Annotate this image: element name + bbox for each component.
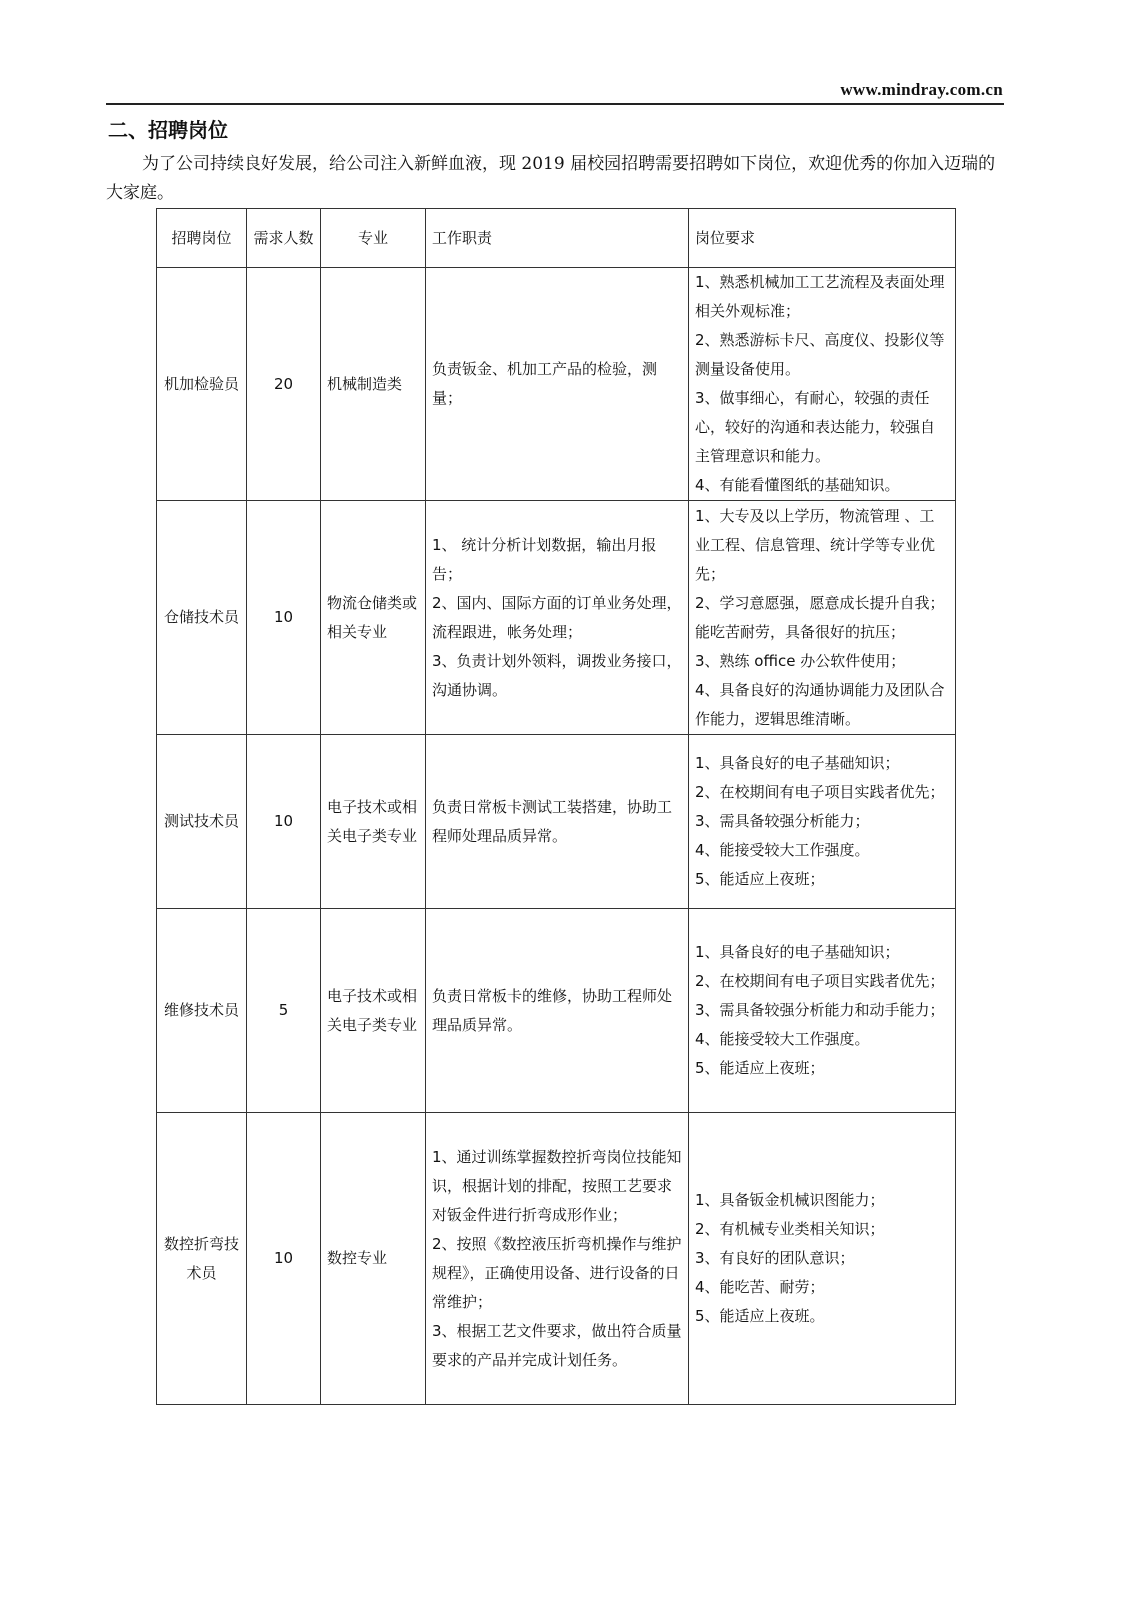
- duty-item: 负责钣金、机加工产品的检验，测量；: [432, 355, 682, 413]
- cell-count: 5: [247, 909, 321, 1113]
- requirement-item: 5、能适应上夜班；: [695, 1054, 949, 1083]
- cell-major: 电子技术或相关电子类专业: [321, 735, 426, 909]
- requirement-item: 4、有能看懂图纸的基础知识。: [695, 471, 949, 500]
- requirement-item: 3、做事细心，有耐心，较强的责任心，较好的沟通和表达能力，较强自主管理意识和能力…: [695, 384, 949, 471]
- requirement-item: 1、熟悉机械加工工艺流程及表面处理相关外观标准；: [695, 268, 949, 326]
- requirement-item: 5、能适应上夜班。: [695, 1302, 949, 1331]
- cell-requirements: 1、具备钣金机械识图能力；2、有机械专业类相关知识；3、有良好的团队意识；4、能…: [689, 1113, 956, 1405]
- table-row: 维修技术员5电子技术或相关电子类专业负责日常板卡的维修，协助工程师处理品质异常。…: [157, 909, 956, 1113]
- duty-item: 负责日常板卡的维修，协助工程师处理品质异常。: [432, 982, 682, 1040]
- table-row: 测试技术员10电子技术或相关电子类专业负责日常板卡测试工装搭建，协助工程师处理品…: [157, 735, 956, 909]
- cell-requirements: 1、熟悉机械加工工艺流程及表面处理相关外观标准；2、熟悉游标卡尺、高度仪、投影仪…: [689, 268, 956, 501]
- cell-major: 机械制造类: [321, 268, 426, 501]
- table-row: 数控折弯技术员10数控专业1、通过训练掌握数控折弯岗位技能知识，根据计划的排配，…: [157, 1113, 956, 1405]
- section-title: 二、招聘岗位: [108, 114, 228, 143]
- requirement-item: 3、熟练 office 办公软件使用；: [695, 647, 949, 676]
- header-duties: 工作职责: [426, 209, 689, 268]
- cell-duties: 1、 统计分析计划数据，输出月报告；2、国内、国际方面的订单业务处理，流程跟进，…: [426, 501, 689, 735]
- requirement-item: 1、大专及以上学历，物流管理 、工业工程、信息管理、统计学等专业优先；: [695, 502, 949, 589]
- cell-count: 10: [247, 735, 321, 909]
- intro-paragraph: 为了公司持续良好发展，给公司注入新鲜血液，现 2019 届校园招聘需要招聘如下岗…: [106, 150, 1006, 208]
- cell-position: 机加检验员: [157, 268, 247, 501]
- requirement-item: 3、有良好的团队意识；: [695, 1244, 949, 1273]
- cell-count: 10: [247, 1113, 321, 1405]
- table-header-row: 招聘岗位 需求人数 专业 工作职责 岗位要求: [157, 209, 956, 268]
- requirement-item: 2、熟悉游标卡尺、高度仪、投影仪等测量设备使用。: [695, 326, 949, 384]
- requirement-item: 2、学习意愿强，愿意成长提升自我；能吃苦耐劳，具备很好的抗压；: [695, 589, 949, 647]
- requirement-item: 1、具备钣金机械识图能力；: [695, 1186, 949, 1215]
- requirement-item: 4、能接受较大工作强度。: [695, 1025, 949, 1054]
- cell-requirements: 1、具备良好的电子基础知识；2、在校期间有电子项目实践者优先；3、需具备较强分析…: [689, 909, 956, 1113]
- header-count: 需求人数: [247, 209, 321, 268]
- requirement-item: 2、在校期间有电子项目实践者优先；: [695, 967, 949, 996]
- cell-major: 物流仓储类或相关专业: [321, 501, 426, 735]
- site-url: www.mindray.com.cn: [840, 80, 1003, 100]
- cell-requirements: 1、具备良好的电子基础知识；2、在校期间有电子项目实践者优先；3、需具备较强分析…: [689, 735, 956, 909]
- cell-requirements: 1、大专及以上学历，物流管理 、工业工程、信息管理、统计学等专业优先；2、学习意…: [689, 501, 956, 735]
- duty-item: 3、根据工艺文件要求，做出符合质量要求的产品并完成计划任务。: [432, 1317, 682, 1375]
- duty-item: 2、国内、国际方面的订单业务处理，流程跟进，帐务处理；: [432, 589, 682, 647]
- positions-table: 招聘岗位 需求人数 专业 工作职责 岗位要求 机加检验员20机械制造类负责钣金、…: [156, 208, 956, 1405]
- duty-item: 2、按照《数控液压折弯机操作与维护规程》，正确使用设备、进行设备的日常维护；: [432, 1230, 682, 1317]
- cell-count: 20: [247, 268, 321, 501]
- requirement-item: 3、需具备较强分析能力和动手能力；: [695, 996, 949, 1025]
- duty-item: 3、负责计划外领料，调拨业务接口，沟通协调。: [432, 647, 682, 705]
- cell-major: 数控专业: [321, 1113, 426, 1405]
- requirement-item: 3、需具备较强分析能力；: [695, 807, 949, 836]
- cell-duties: 1、通过训练掌握数控折弯岗位技能知识，根据计划的排配，按照工艺要求对钣金件进行折…: [426, 1113, 689, 1405]
- header-divider: [106, 103, 1004, 105]
- requirement-item: 4、能吃苦、耐劳；: [695, 1273, 949, 1302]
- requirement-item: 1、具备良好的电子基础知识；: [695, 938, 949, 967]
- duty-item: 1、 统计分析计划数据，输出月报告；: [432, 531, 682, 589]
- table-row: 机加检验员20机械制造类负责钣金、机加工产品的检验，测量；1、熟悉机械加工工艺流…: [157, 268, 956, 501]
- cell-position: 测试技术员: [157, 735, 247, 909]
- duty-item: 负责日常板卡测试工装搭建，协助工程师处理品质异常。: [432, 793, 682, 851]
- cell-duties: 负责日常板卡测试工装搭建，协助工程师处理品质异常。: [426, 735, 689, 909]
- cell-position: 维修技术员: [157, 909, 247, 1113]
- requirement-item: 4、能接受较大工作强度。: [695, 836, 949, 865]
- cell-position: 仓储技术员: [157, 501, 247, 735]
- requirement-item: 2、有机械专业类相关知识；: [695, 1215, 949, 1244]
- cell-count: 10: [247, 501, 321, 735]
- duty-item: 1、通过训练掌握数控折弯岗位技能知识，根据计划的排配，按照工艺要求对钣金件进行折…: [432, 1143, 682, 1230]
- requirement-item: 2、在校期间有电子项目实践者优先；: [695, 778, 949, 807]
- requirement-item: 1、具备良好的电子基础知识；: [695, 749, 949, 778]
- table-row: 仓储技术员10物流仓储类或相关专业1、 统计分析计划数据，输出月报告；2、国内、…: [157, 501, 956, 735]
- cell-position: 数控折弯技术员: [157, 1113, 247, 1405]
- requirement-item: 4、具备良好的沟通协调能力及团队合作能力，逻辑思维清晰。: [695, 676, 949, 734]
- cell-duties: 负责钣金、机加工产品的检验，测量；: [426, 268, 689, 501]
- header-requirements: 岗位要求: [689, 209, 956, 268]
- cell-duties: 负责日常板卡的维修，协助工程师处理品质异常。: [426, 909, 689, 1113]
- cell-major: 电子技术或相关电子类专业: [321, 909, 426, 1113]
- requirement-item: 5、能适应上夜班；: [695, 865, 949, 894]
- header-position: 招聘岗位: [157, 209, 247, 268]
- header-major: 专业: [321, 209, 426, 268]
